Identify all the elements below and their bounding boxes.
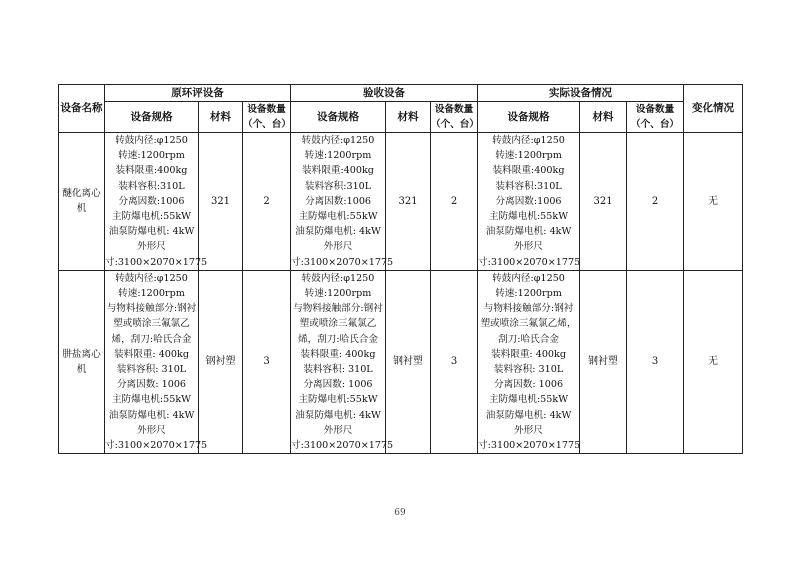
spec-line: 刮刀:哈氏合金 (478, 332, 579, 347)
spec-line: 转鼓内径:φ1250 (105, 271, 198, 286)
spec-line: 转鼓内径:φ1250 (478, 271, 579, 286)
header-acceptance-qty: 设备数量 （个、台） (431, 102, 478, 133)
spec-line: 转速:1200rpm (105, 148, 198, 163)
original-material-cell: 321 (199, 133, 243, 271)
spec-line: 外形尺 (105, 423, 198, 438)
equipment-name-line: 机 (59, 362, 104, 377)
spec-line: 转速:1200rpm (478, 148, 579, 163)
spec-line: 装料限重: 400kg (105, 347, 198, 362)
header-group-actual: 实际设备情况 (478, 85, 684, 102)
actual-spec-cell: 转鼓内径:φ1250 转速:1200rpm 与物料接触部分:钢衬 塑或喷涂三氟氯… (478, 270, 580, 453)
header-qty-line2: （个、台） (431, 117, 477, 132)
spec-line: 装料限重:400kg (291, 163, 385, 178)
spec-line: 装料容积:310L (478, 179, 579, 194)
spec-line: 油泵防爆电机: 4kW (291, 408, 385, 423)
spec-line: 转速:1200rpm (105, 286, 198, 301)
spec-line: 装料容积:310L (291, 179, 385, 194)
header-equipment-name: 设备名称 (59, 85, 105, 133)
spec-line: 寸:3100×2070×1775 (291, 438, 385, 453)
spec-line: 与物料接触部分:钢衬 (291, 301, 385, 316)
acceptance-material-cell: 321 (386, 133, 431, 271)
spec-line: 外形尺 (105, 239, 198, 254)
spec-line: 装料容积: 310L (105, 362, 198, 377)
spec-line: 烯，刮刀:哈氏合金 (291, 332, 385, 347)
original-spec-cell: 转鼓内径:φ1250 转速:1200rpm 与物料接触部分:钢衬 塑或喷涂三氟氯… (105, 270, 199, 453)
spec-line: 转鼓内径:φ1250 (291, 133, 385, 148)
spec-line: 主防爆电机:55kW (478, 392, 579, 407)
original-spec-cell: 转鼓内径:φ1250 转速:1200rpm 装料限重:400kg 装料容积:31… (105, 133, 199, 271)
spec-line: 分离因数: 1006 (105, 377, 198, 392)
header-qty-line1: 设备数量 (243, 102, 290, 117)
original-material-cell: 钢衬塑 (199, 270, 243, 453)
change-cell: 无 (684, 270, 743, 453)
spec-line: 主防爆电机:55kW (291, 392, 385, 407)
original-qty-cell: 2 (243, 133, 291, 271)
spec-line: 塑或喷涂三氟氯乙 (105, 316, 198, 331)
spec-line: 分离因数:1006 (478, 194, 579, 209)
table-row: 肼盐离心 机 转鼓内径:φ1250 转速:1200rpm 与物料接触部分:钢衬 … (59, 270, 743, 453)
equipment-name-line: 醚化离心 (59, 186, 104, 201)
spec-line: 与物料接触部分:钢衬 (105, 301, 198, 316)
spec-line: 转速:1200rpm (291, 148, 385, 163)
header-actual-qty: 设备数量 （个、台） (627, 102, 684, 133)
spec-line: 装料容积: 310L (291, 362, 385, 377)
spec-line: 转鼓内径:φ1250 (478, 133, 579, 148)
spec-line: 寸:3100×2070×1775 (478, 438, 579, 453)
actual-spec-cell: 转鼓内径:φ1250 转速:1200rpm 装料限重:400kg 装料容积:31… (478, 133, 580, 271)
spec-line: 油泵防爆电机: 4kW (478, 408, 579, 423)
spec-line: 装料限重:400kg (478, 163, 579, 178)
acceptance-material-cell: 钢衬塑 (386, 270, 431, 453)
equipment-name-line: 肼盐离心 (59, 347, 104, 362)
spec-line: 分离因数:1006 (105, 194, 198, 209)
header-actual-material: 材料 (580, 102, 627, 133)
spec-line: 分离因数: 1006 (478, 377, 579, 392)
header-group-original: 原环评设备 (105, 85, 291, 102)
acceptance-qty-cell: 3 (431, 270, 478, 453)
spec-line: 转鼓内径:φ1250 (105, 133, 198, 148)
header-actual-spec: 设备规格 (478, 102, 580, 133)
spec-line: 油泵防爆电机: 4kW (291, 224, 385, 239)
spec-line: 寸:3100×2070×1775 (105, 255, 198, 270)
equipment-comparison-table: 设备名称 原环评设备 验收设备 实际设备情况 变化情况 设备规格 材料 设备数量… (58, 84, 743, 454)
spec-line: 寸:3100×2070×1775 (291, 255, 385, 270)
actual-material-cell: 321 (580, 133, 627, 271)
spec-line: 与物料接触部分:钢衬 (478, 301, 579, 316)
spec-line: 外形尺 (478, 423, 579, 438)
spec-line: 主防爆电机:55kW (105, 392, 198, 407)
spec-line: 油泵防爆电机: 4kW (105, 224, 198, 239)
spec-line: 油泵防爆电机: 4kW (478, 224, 579, 239)
spec-line: 装料容积: 310L (478, 362, 579, 377)
spec-line: 分离因数: 1006 (291, 377, 385, 392)
acceptance-qty-cell: 2 (431, 133, 478, 271)
page-number: 69 (0, 508, 800, 518)
header-qty-line1: 设备数量 (627, 102, 683, 117)
actual-qty-cell: 3 (627, 270, 684, 453)
spec-line: 转速:1200rpm (478, 286, 579, 301)
spec-line: 装料限重:400kg (105, 163, 198, 178)
change-cell: 无 (684, 133, 743, 271)
spec-line: 分离因数:1006 (291, 194, 385, 209)
actual-material-cell: 钢衬塑 (580, 270, 627, 453)
acceptance-spec-cell: 转鼓内径:φ1250 转速:1200rpm 与物料接触部分:钢衬 塑或喷涂三氟氯… (291, 270, 386, 453)
original-qty-cell: 3 (243, 270, 291, 453)
spec-line: 寸:3100×2070×1775 (478, 255, 579, 270)
spec-line: 主防爆电机:55kW (478, 209, 579, 224)
spec-line: 外形尺 (291, 423, 385, 438)
header-qty-line1: 设备数量 (431, 102, 477, 117)
equipment-name-cell: 醚化离心 机 (59, 133, 105, 271)
spec-line: 转鼓内径:φ1250 (291, 271, 385, 286)
spec-line: 装料限重: 400kg (291, 347, 385, 362)
equipment-name-line: 机 (59, 201, 104, 216)
header-original-spec: 设备规格 (105, 102, 199, 133)
spec-line: 烯，刮刀:哈氏合金 (105, 332, 198, 347)
spec-line: 转速:1200rpm (291, 286, 385, 301)
spec-line: 主防爆电机:55kW (105, 209, 198, 224)
spec-line: 油泵防爆电机: 4kW (105, 408, 198, 423)
header-change: 变化情况 (684, 85, 743, 133)
spec-line: 塑或喷涂三氟氯乙 (291, 316, 385, 331)
actual-qty-cell: 2 (627, 133, 684, 271)
header-group-row: 设备名称 原环评设备 验收设备 实际设备情况 变化情况 (59, 85, 743, 102)
header-sub-row: 设备规格 材料 设备数量 （个、台） 设备规格 材料 设备数量 （个、台） 设备… (59, 102, 743, 133)
header-acceptance-spec: 设备规格 (291, 102, 386, 133)
spec-line: 外形尺 (291, 239, 385, 254)
spec-line: 主防爆电机:55kW (291, 209, 385, 224)
spec-line: 塑或喷涂三氟氯乙烯， (478, 316, 579, 331)
header-qty-line2: （个、台） (243, 117, 290, 132)
header-group-acceptance: 验收设备 (291, 85, 478, 102)
header-original-material: 材料 (199, 102, 243, 133)
equipment-name-cell: 肼盐离心 机 (59, 270, 105, 453)
spec-line: 外形尺 (478, 239, 579, 254)
header-acceptance-material: 材料 (386, 102, 431, 133)
table-row: 醚化离心 机 转鼓内径:φ1250 转速:1200rpm 装料限重:400kg … (59, 133, 743, 271)
acceptance-spec-cell: 转鼓内径:φ1250 转速:1200rpm 装料限重:400kg 装料容积:31… (291, 133, 386, 271)
header-original-qty: 设备数量 （个、台） (243, 102, 291, 133)
spec-line: 装料容积:310L (105, 179, 198, 194)
header-qty-line2: （个、台） (627, 117, 683, 132)
spec-line: 寸:3100×2070×1775 (105, 438, 198, 453)
spec-line: 装料限重: 400kg (478, 347, 579, 362)
